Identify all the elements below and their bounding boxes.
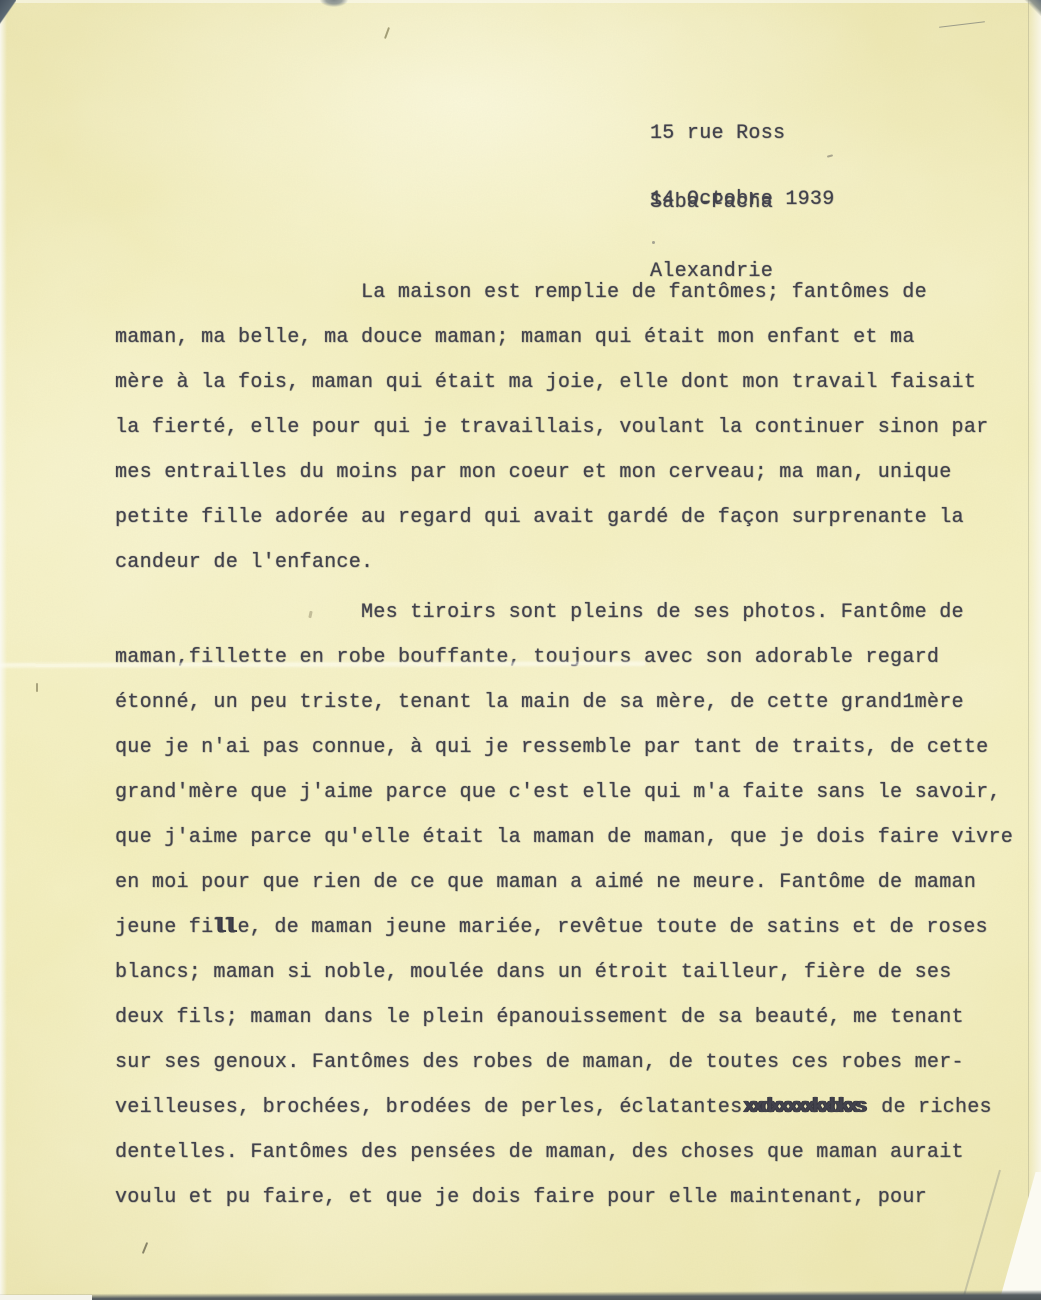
struck-out-text: xxdxxxxxkxbkxs [742, 1096, 868, 1119]
letter-line: mes entrailles du moins par mon coeur et… [115, 450, 1035, 495]
overtyped-text: ll [213, 916, 237, 939]
letter-line: candeur de l'enfance. [115, 540, 1035, 585]
scan-corner-top-right [1007, 0, 1041, 16]
letter-line: La maison est remplie de fantômes; fantô… [115, 270, 1035, 315]
scan-corner-bottom-left [0, 1295, 92, 1300]
line-text: de riches [869, 1096, 992, 1119]
letter-line: sur ses genoux. Fantômes des robes de ma… [115, 1040, 1035, 1085]
scan-edge-right [1028, 0, 1041, 1300]
letter-line: Mes tiroirs sont pleins de ses photos. F… [115, 590, 1035, 635]
line-text: e, de maman jeune mariée, revêtue toute … [237, 916, 987, 939]
letter-body: La maison est remplie de fantômes; fantô… [115, 270, 1035, 1220]
letter-line: la fierté, elle pour qui je travaillais,… [115, 405, 1035, 450]
letter-line-struck: veilleuses, brochées, brodées de perles,… [115, 1085, 1035, 1130]
letter-line: grand'mère que j'aime parce que c'est el… [115, 770, 1035, 815]
scan-edge-top [0, 0, 1041, 3]
paper-notch-top [320, 0, 348, 7]
letter-line: en moi pour que rien de ce que maman a a… [115, 860, 1035, 905]
letter-line: que je n'ai pas connue, à qui je ressemb… [115, 725, 1035, 770]
paper-edge-line [1028, 0, 1029, 1300]
line-text: veilleuses, brochées, brodées de perles,… [115, 1096, 742, 1119]
paper-speck [36, 683, 38, 692]
letter-date: 14 Octobre 1939 [650, 188, 835, 211]
letter-line: petite fille adorée au regard qui avait … [115, 495, 1035, 540]
letter-line: maman, ma belle, ma douce maman; maman q… [115, 315, 1035, 360]
letter-line: maman,fillette en robe bouffante, toujou… [115, 635, 1035, 680]
scan-edge-bottom [0, 1290, 1041, 1300]
paper-speck [142, 1242, 148, 1254]
paragraph-1: La maison est remplie de fantômes; fantô… [115, 270, 1035, 585]
letter-line: étonné, un peu triste, tenant la main de… [115, 680, 1035, 725]
letter-line: dentelles. Fantômes des pensées de maman… [115, 1130, 1035, 1175]
letter-line: mère à la fois, maman qui était ma joie,… [115, 360, 1035, 405]
letter-page: 15 rue Ross Saba-Pacha Alexandrie 14 Oct… [0, 0, 1041, 1300]
paper-scratch [939, 21, 985, 28]
paper-speck [384, 27, 390, 39]
scan-corner-top-left [0, 0, 16, 36]
letter-line: voulu et pu faire, et que je dois faire … [115, 1175, 1035, 1220]
letter-line-overtyped: jeune fille, de maman jeune mariée, revê… [115, 905, 1035, 950]
paragraph-2: Mes tiroirs sont pleins de ses photos. F… [115, 590, 1035, 1220]
line-text: jeune fi [115, 916, 213, 939]
letter-line: blancs; maman si noble, moulée dans un é… [115, 950, 1035, 995]
letter-line: que j'aime parce qu'elle était la maman … [115, 815, 1035, 860]
scan-edge-left [0, 0, 7, 1300]
paper-speck [827, 154, 833, 157]
address-line: 15 rue Ross [650, 122, 785, 145]
paper-speck [652, 241, 655, 244]
letter-line: deux fils; maman dans le plein épanouiss… [115, 995, 1035, 1040]
